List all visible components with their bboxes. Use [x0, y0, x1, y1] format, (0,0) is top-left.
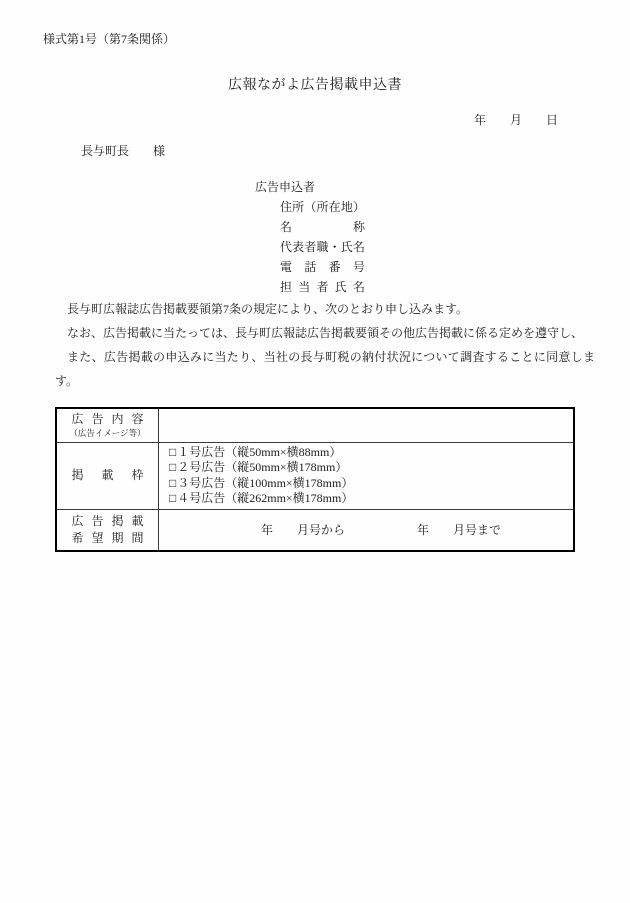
period-label-line2: 希望期間	[72, 530, 144, 547]
placement-option-1: □１号広告（縦50mm×横88mm）	[169, 445, 569, 461]
applicant-block: 広告申込者 住所（所在地） 名称 代表者職・氏名 電話番号 担当者氏名	[255, 177, 630, 297]
contact-person-field-label: 担当者氏名	[280, 277, 365, 297]
application-table: 広告内容 （広告イメージ等） 掲載枠 □１号広告（縦50mm×横88mm） □２…	[55, 407, 575, 552]
ad-content-blank-cell	[159, 408, 575, 442]
placement-row: 掲載枠 □１号広告（縦50mm×横88mm） □２号広告（縦50mm×横178m…	[56, 442, 574, 509]
placement-label: 掲載枠	[72, 468, 144, 483]
phone-field-label: 電話番号	[280, 257, 365, 277]
period-label-cell: 広告掲載 希望期間	[56, 509, 159, 551]
applicant-name-line: 名称	[280, 217, 630, 237]
paragraph-compliance: なお、広告掲載に当たっては、長与町広報誌広告掲載要領その他広告掲載に係る定めを遵…	[55, 321, 595, 345]
placement-option-3-label: ３号広告（縦100mm×横178mm）	[177, 476, 353, 490]
form-number: 様式第1号（第7条関係）	[43, 32, 630, 46]
paragraph-consent: また、広告掲載の申込みに当たり、当社の長与町税の納付状況について調査することに同…	[55, 345, 595, 393]
applicant-representative-line: 代表者職・氏名	[280, 237, 630, 257]
placement-option-4: □４号広告（縦262mm×横178mm）	[169, 491, 569, 507]
placement-label-cell: 掲載枠	[56, 442, 159, 509]
ad-content-label-cell: 広告内容 （広告イメージ等）	[56, 408, 159, 442]
placement-option-2-label: ２号広告（縦50mm×横178mm）	[177, 460, 347, 474]
body-text: 長与町広報誌広告掲載要領第7条の規定により、次のとおり申し込みます。 なお、広告…	[55, 297, 595, 393]
applicant-address-line: 住所（所在地）	[280, 197, 630, 217]
ad-content-row: 広告内容 （広告イメージ等）	[56, 408, 574, 442]
checkbox-icon: □	[169, 460, 176, 476]
period-value-cell: 年 月号から 年 月号まで	[159, 509, 575, 551]
placement-options-cell: □１号広告（縦50mm×横88mm） □２号広告（縦50mm×横178mm） □…	[159, 442, 575, 509]
placement-option-4-label: ４号広告（縦262mm×横178mm）	[177, 491, 353, 505]
checkbox-icon: □	[169, 491, 176, 507]
applicant-contact-person-line: 担当者氏名	[280, 277, 630, 297]
addressee: 長与町長 様	[81, 144, 630, 158]
placement-option-2: □２号広告（縦50mm×横178mm）	[169, 460, 569, 476]
applicant-heading: 広告申込者	[255, 177, 630, 197]
ad-content-label: 広告内容	[72, 412, 144, 427]
ad-content-sublabel: （広告イメージ等）	[64, 428, 151, 439]
placement-options: □１号広告（縦50mm×横88mm） □２号広告（縦50mm×横178mm） □…	[159, 443, 573, 509]
period-blanks: 年 月号から 年 月号まで	[159, 510, 573, 550]
period-from-blank: 年 月号から	[261, 521, 345, 538]
placement-option-3: □３号広告（縦100mm×横178mm）	[169, 476, 569, 492]
period-label-line1: 広告掲載	[72, 513, 144, 530]
name-field-label: 名称	[280, 217, 365, 237]
period-to-blank: 年 月号まで	[417, 521, 501, 538]
paragraph-application: 長与町広報誌広告掲載要領第7条の規定により、次のとおり申し込みます。	[55, 297, 595, 321]
checkbox-icon: □	[169, 476, 176, 492]
checkbox-icon: □	[169, 445, 176, 461]
representative-field-label: 代表者職・氏名	[280, 237, 365, 257]
address-field-label: 住所（所在地）	[280, 197, 365, 217]
date-blank-line: 年 月 日	[0, 113, 630, 127]
page-title: 広報ながよ広告掲載申込書	[0, 77, 630, 94]
placement-option-1-label: １号広告（縦50mm×横88mm）	[177, 445, 341, 459]
document-page: 様式第1号（第7条関係） 広報ながよ広告掲載申込書 年 月 日 長与町長 様 広…	[0, 0, 630, 903]
applicant-phone-line: 電話番号	[280, 257, 630, 277]
period-row: 広告掲載 希望期間 年 月号から 年 月号まで	[56, 509, 574, 551]
